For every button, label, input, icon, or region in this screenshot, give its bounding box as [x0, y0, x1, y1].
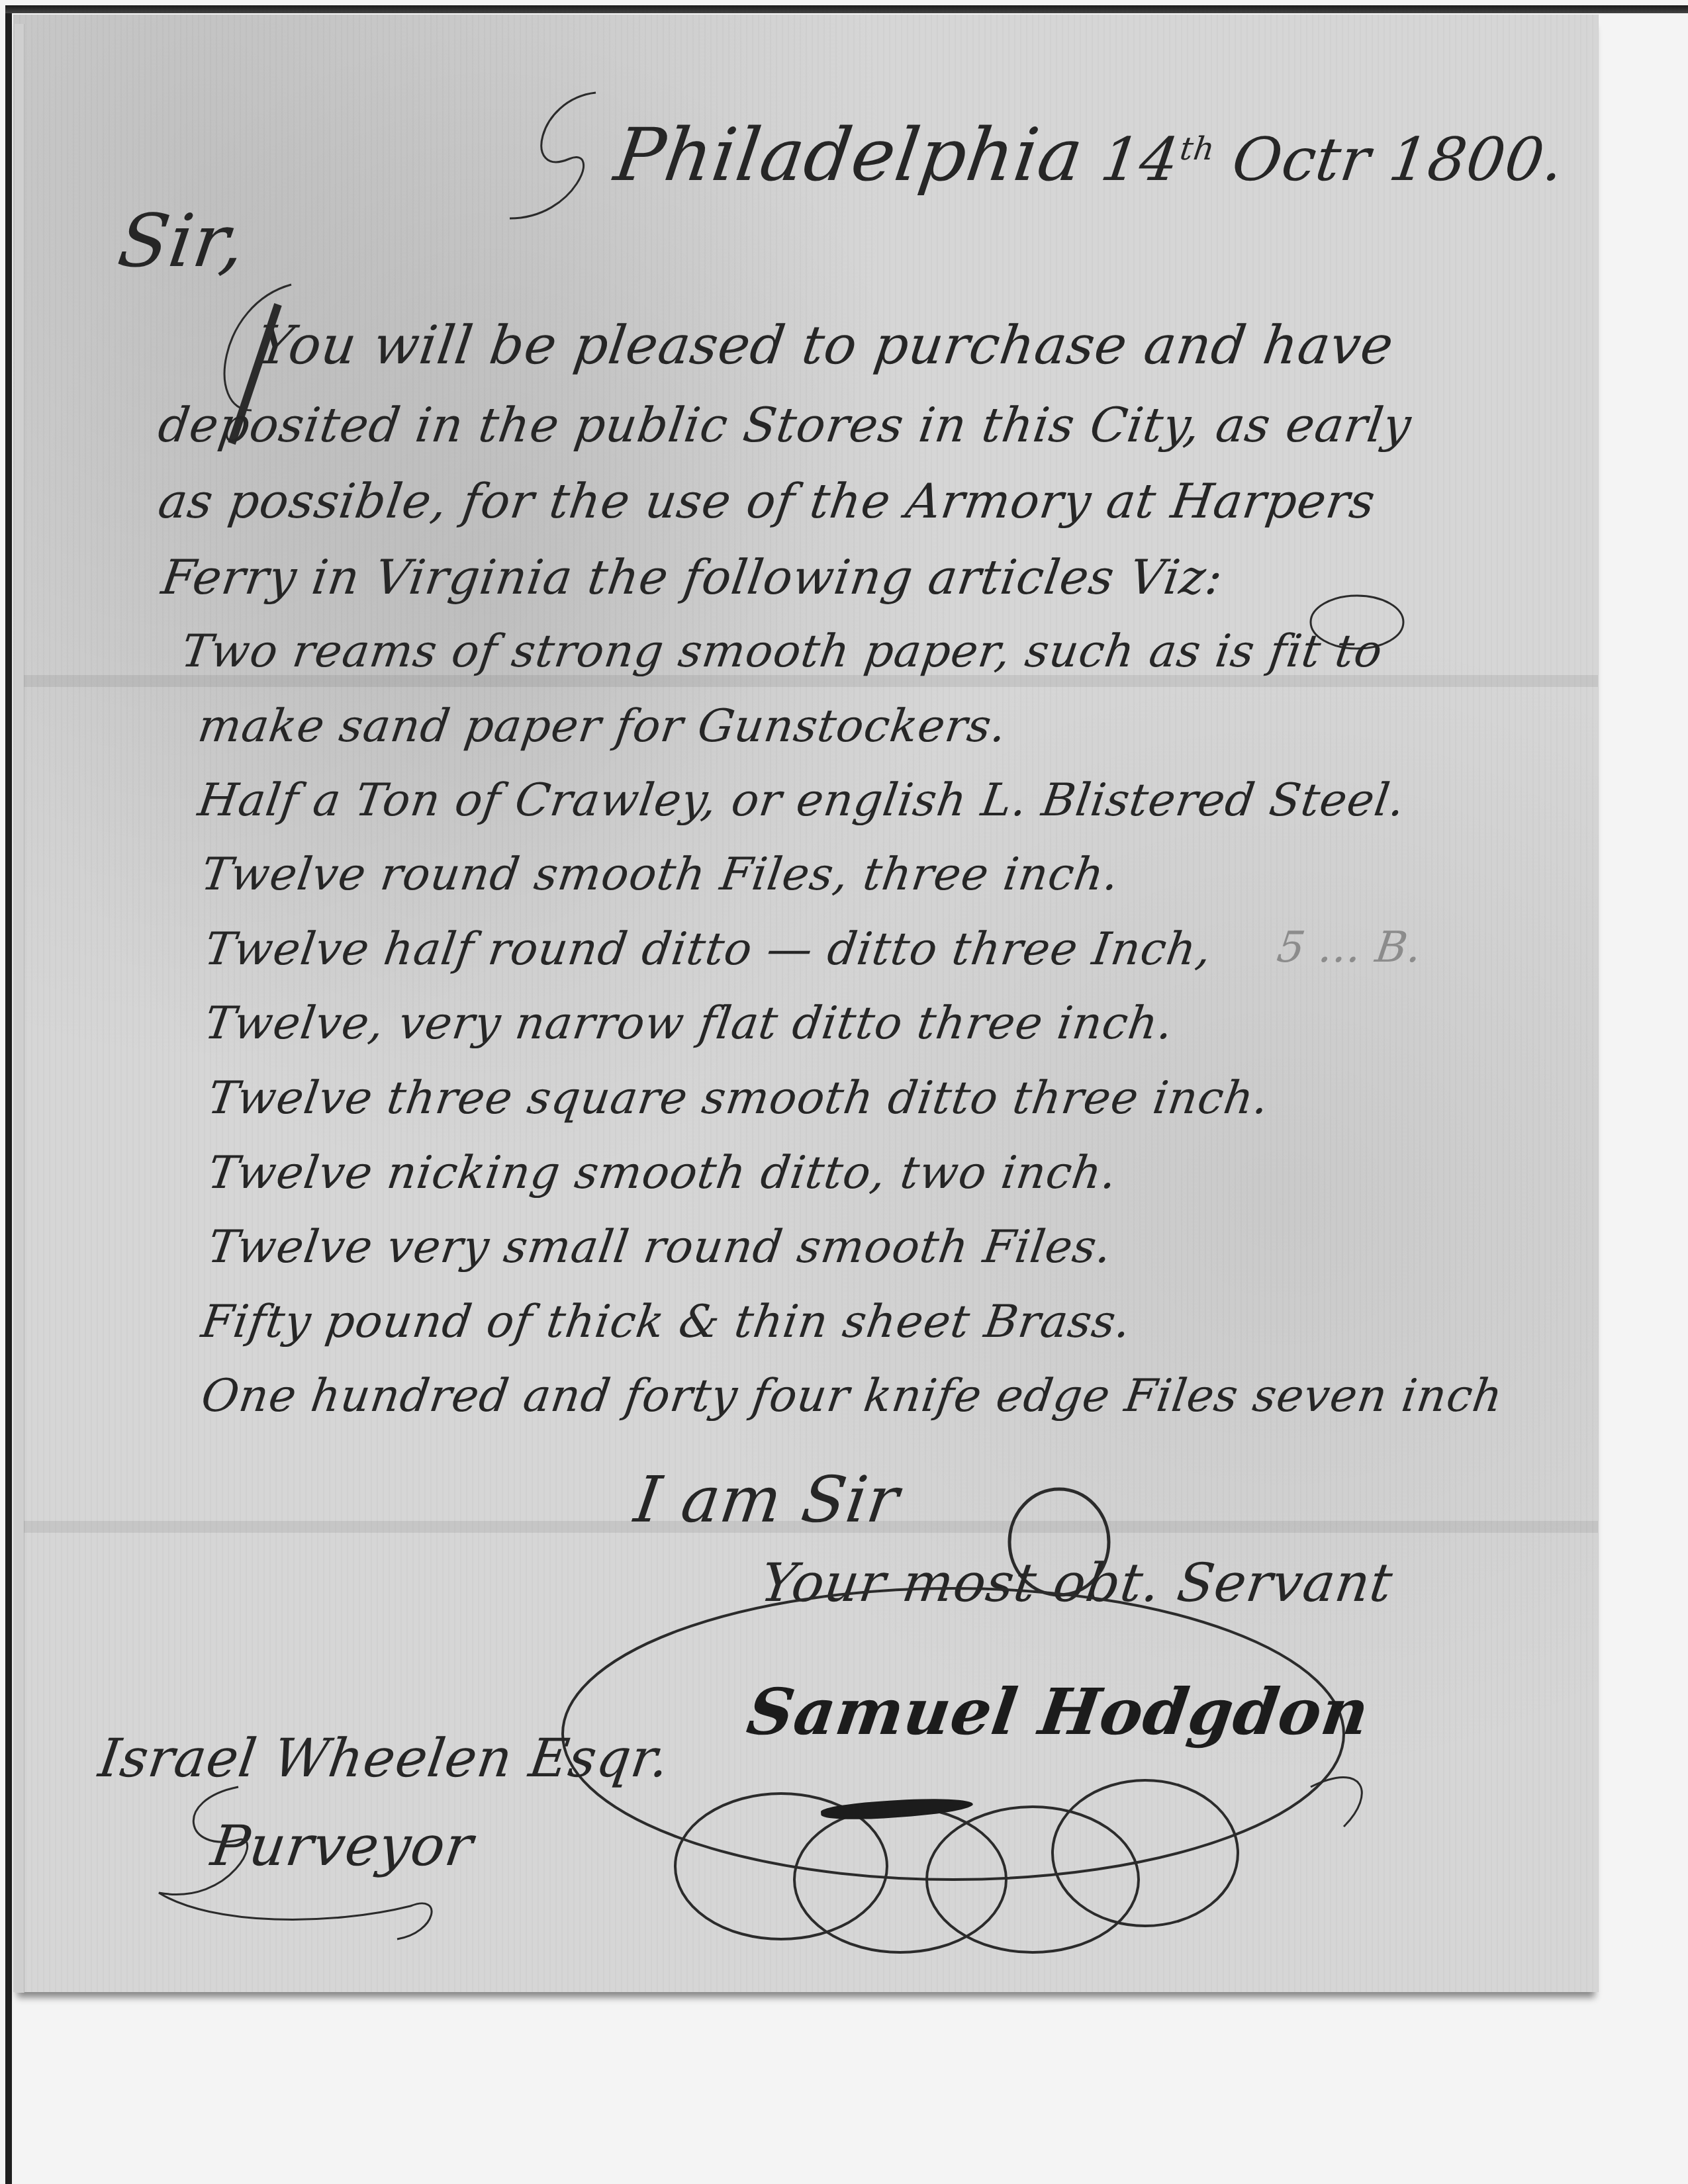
- article-line: Two reams of strong smooth paper, such a…: [178, 625, 1385, 678]
- article-line: Fifty pound of thick & thin sheet Brass.: [198, 1296, 1134, 1348]
- dateline: Philadelphia 14th Octr 1800.: [610, 113, 1570, 197]
- body-line-1: You will be pleased to purchase and have: [254, 314, 1397, 376]
- article-line: make sand paper for Gunstockers.: [195, 700, 1009, 752]
- addressee-name: Israel Wheelen Esqr.: [95, 1727, 673, 1789]
- dateline-day: 14: [1097, 125, 1184, 195]
- addressee-title: Purveyor: [207, 1813, 477, 1878]
- dateline-year: 1800.: [1385, 125, 1568, 195]
- article-line: Twelve very small round smooth Files.: [205, 1221, 1115, 1273]
- article-line: Twelve, very narrow flat ditto three inc…: [201, 997, 1176, 1050]
- body-line-3: as possible, for the use of the Armory a…: [155, 473, 1379, 529]
- closing-line-2: Your most obt. Servant: [757, 1552, 1396, 1614]
- article-line: Half a Ton of Crawley, or english L. Bli…: [195, 774, 1408, 827]
- article-annotation: 5 ... B.: [1274, 923, 1425, 972]
- article-line: Twelve nicking smooth ditto, two inch.: [205, 1147, 1120, 1199]
- body-line-4: Ferry in Virginia the following articles…: [158, 549, 1227, 605]
- dateline-day-suffix: th: [1178, 130, 1217, 167]
- paper-edge-strip: [15, 24, 24, 1993]
- scan-border-left: [5, 5, 12, 2184]
- dateline-month: Octr: [1228, 125, 1375, 195]
- article-line: Twelve half round ditto — ditto three In…: [201, 923, 1215, 976]
- closing-line-1: I am Sir: [630, 1463, 904, 1537]
- article-line: One hundred and forty four knife edge Fi…: [198, 1370, 1506, 1422]
- salutation: Sir,: [113, 199, 251, 283]
- dateline-place: Philadelphia: [610, 113, 1089, 197]
- article-line: Twelve round smooth Files, three inch.: [198, 848, 1122, 901]
- article-line: Twelve three square smooth ditto three i…: [205, 1072, 1272, 1124]
- signature: Samuel Hodgdon: [743, 1674, 1374, 1749]
- body-line-2: deposited in the public Stores in this C…: [155, 397, 1415, 453]
- scan-border-top: [5, 5, 1688, 13]
